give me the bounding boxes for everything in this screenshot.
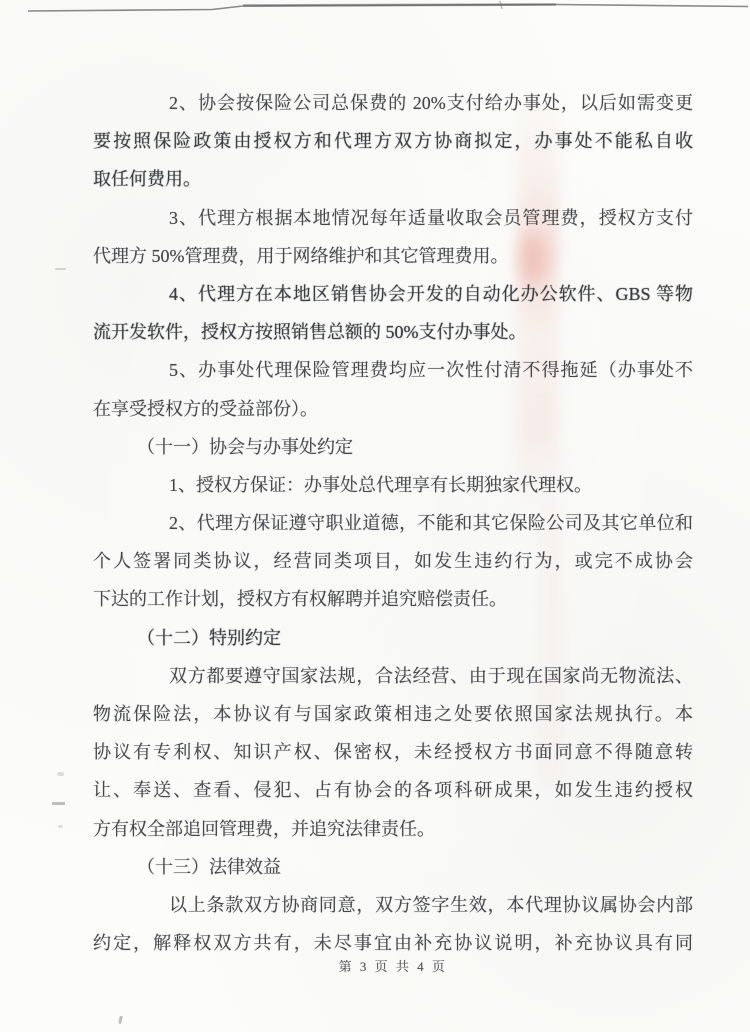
margin-mark-dot bbox=[58, 825, 63, 828]
text-line: 让、奉送、查看、侵犯、占有协会的各项科研成果，如发生违约授权 bbox=[93, 771, 693, 809]
text-line: 方有权全部追回管理费，并追究法律责任。 bbox=[93, 810, 693, 848]
text-line: 取任何费用。 bbox=[93, 160, 693, 198]
margin-mark-speck bbox=[57, 772, 64, 776]
text-line: 个人签署同类协议，经营同类项目，如发生违约行为，或完不成协会 bbox=[93, 542, 693, 580]
text-line: 4、代理方在本地区销售协会开发的自动化办公软件、GBS 等物 bbox=[93, 275, 693, 313]
stray-comma-mark bbox=[118, 1016, 123, 1024]
text-line: 2、协会按保险公司总保费的 20%支付给办事处，以后如需变更 bbox=[93, 84, 693, 122]
text-line: 2、代理方保证遵守职业道德，不能和其它保险公司及其它单位和 bbox=[93, 504, 693, 542]
text-line: 物流保险法，本协议有与国家政策相违之处要依照国家法规执行。本 bbox=[93, 695, 693, 733]
section-heading: （十二）特别约定 bbox=[93, 619, 693, 657]
text-line: 3、代理方根据本地情况每年适量收取会员管理费，授权方支付 bbox=[93, 199, 693, 237]
scanned-document-page: 2、协会按保险公司总保费的 20%支付给办事处，以后如需变更 要按照保险政策由授… bbox=[0, 0, 750, 1032]
margin-mark-dash-lower bbox=[52, 802, 65, 805]
text-line: 流开发软件，授权方按照销售总额的 50%支付办事处。 bbox=[93, 313, 693, 351]
document-text: 2、协会按保险公司总保费的 20%支付给办事处，以后如需变更 要按照保险政策由授… bbox=[93, 84, 693, 962]
text-line: 双方都要遵守国家法规，合法经营、由于现在国家尚无物流法、 bbox=[93, 657, 693, 695]
scan-top-edge-artifact bbox=[0, 0, 750, 16]
text-line: 要按照保险政策由授权方和代理方双方协商拟定，办事处不能私自收 bbox=[93, 122, 693, 160]
text-line: 1、授权方保证：办事处总代理享有长期独家代理权。 bbox=[93, 466, 693, 504]
text-line: 在享受授权方的受益部份）。 bbox=[93, 390, 693, 428]
text-line: 下达的工作计划，授权方有权解聘并追究赔偿责任。 bbox=[93, 580, 693, 618]
text-line: 代理方 50%管理费，用于网络维护和其它管理费用。 bbox=[93, 237, 693, 275]
section-heading: （十一）协会与办事处约定 bbox=[93, 428, 693, 466]
page-number-footer: 第 3 页 共 4 页 bbox=[93, 956, 693, 975]
text-line: 以上条款双方协商同意，双方签字生效，本代理协议属协会内部 bbox=[93, 886, 693, 924]
section-heading: （十三）法律效益 bbox=[93, 848, 693, 886]
text-line: 协议有专利权、知识产权、保密权，未经授权方书面同意不得随意转 bbox=[93, 733, 693, 771]
text-line: 5、办事处代理保险管理费均应一次性付清不得拖延（办事处不 bbox=[93, 351, 693, 389]
margin-mark-dash-upper bbox=[55, 268, 66, 270]
